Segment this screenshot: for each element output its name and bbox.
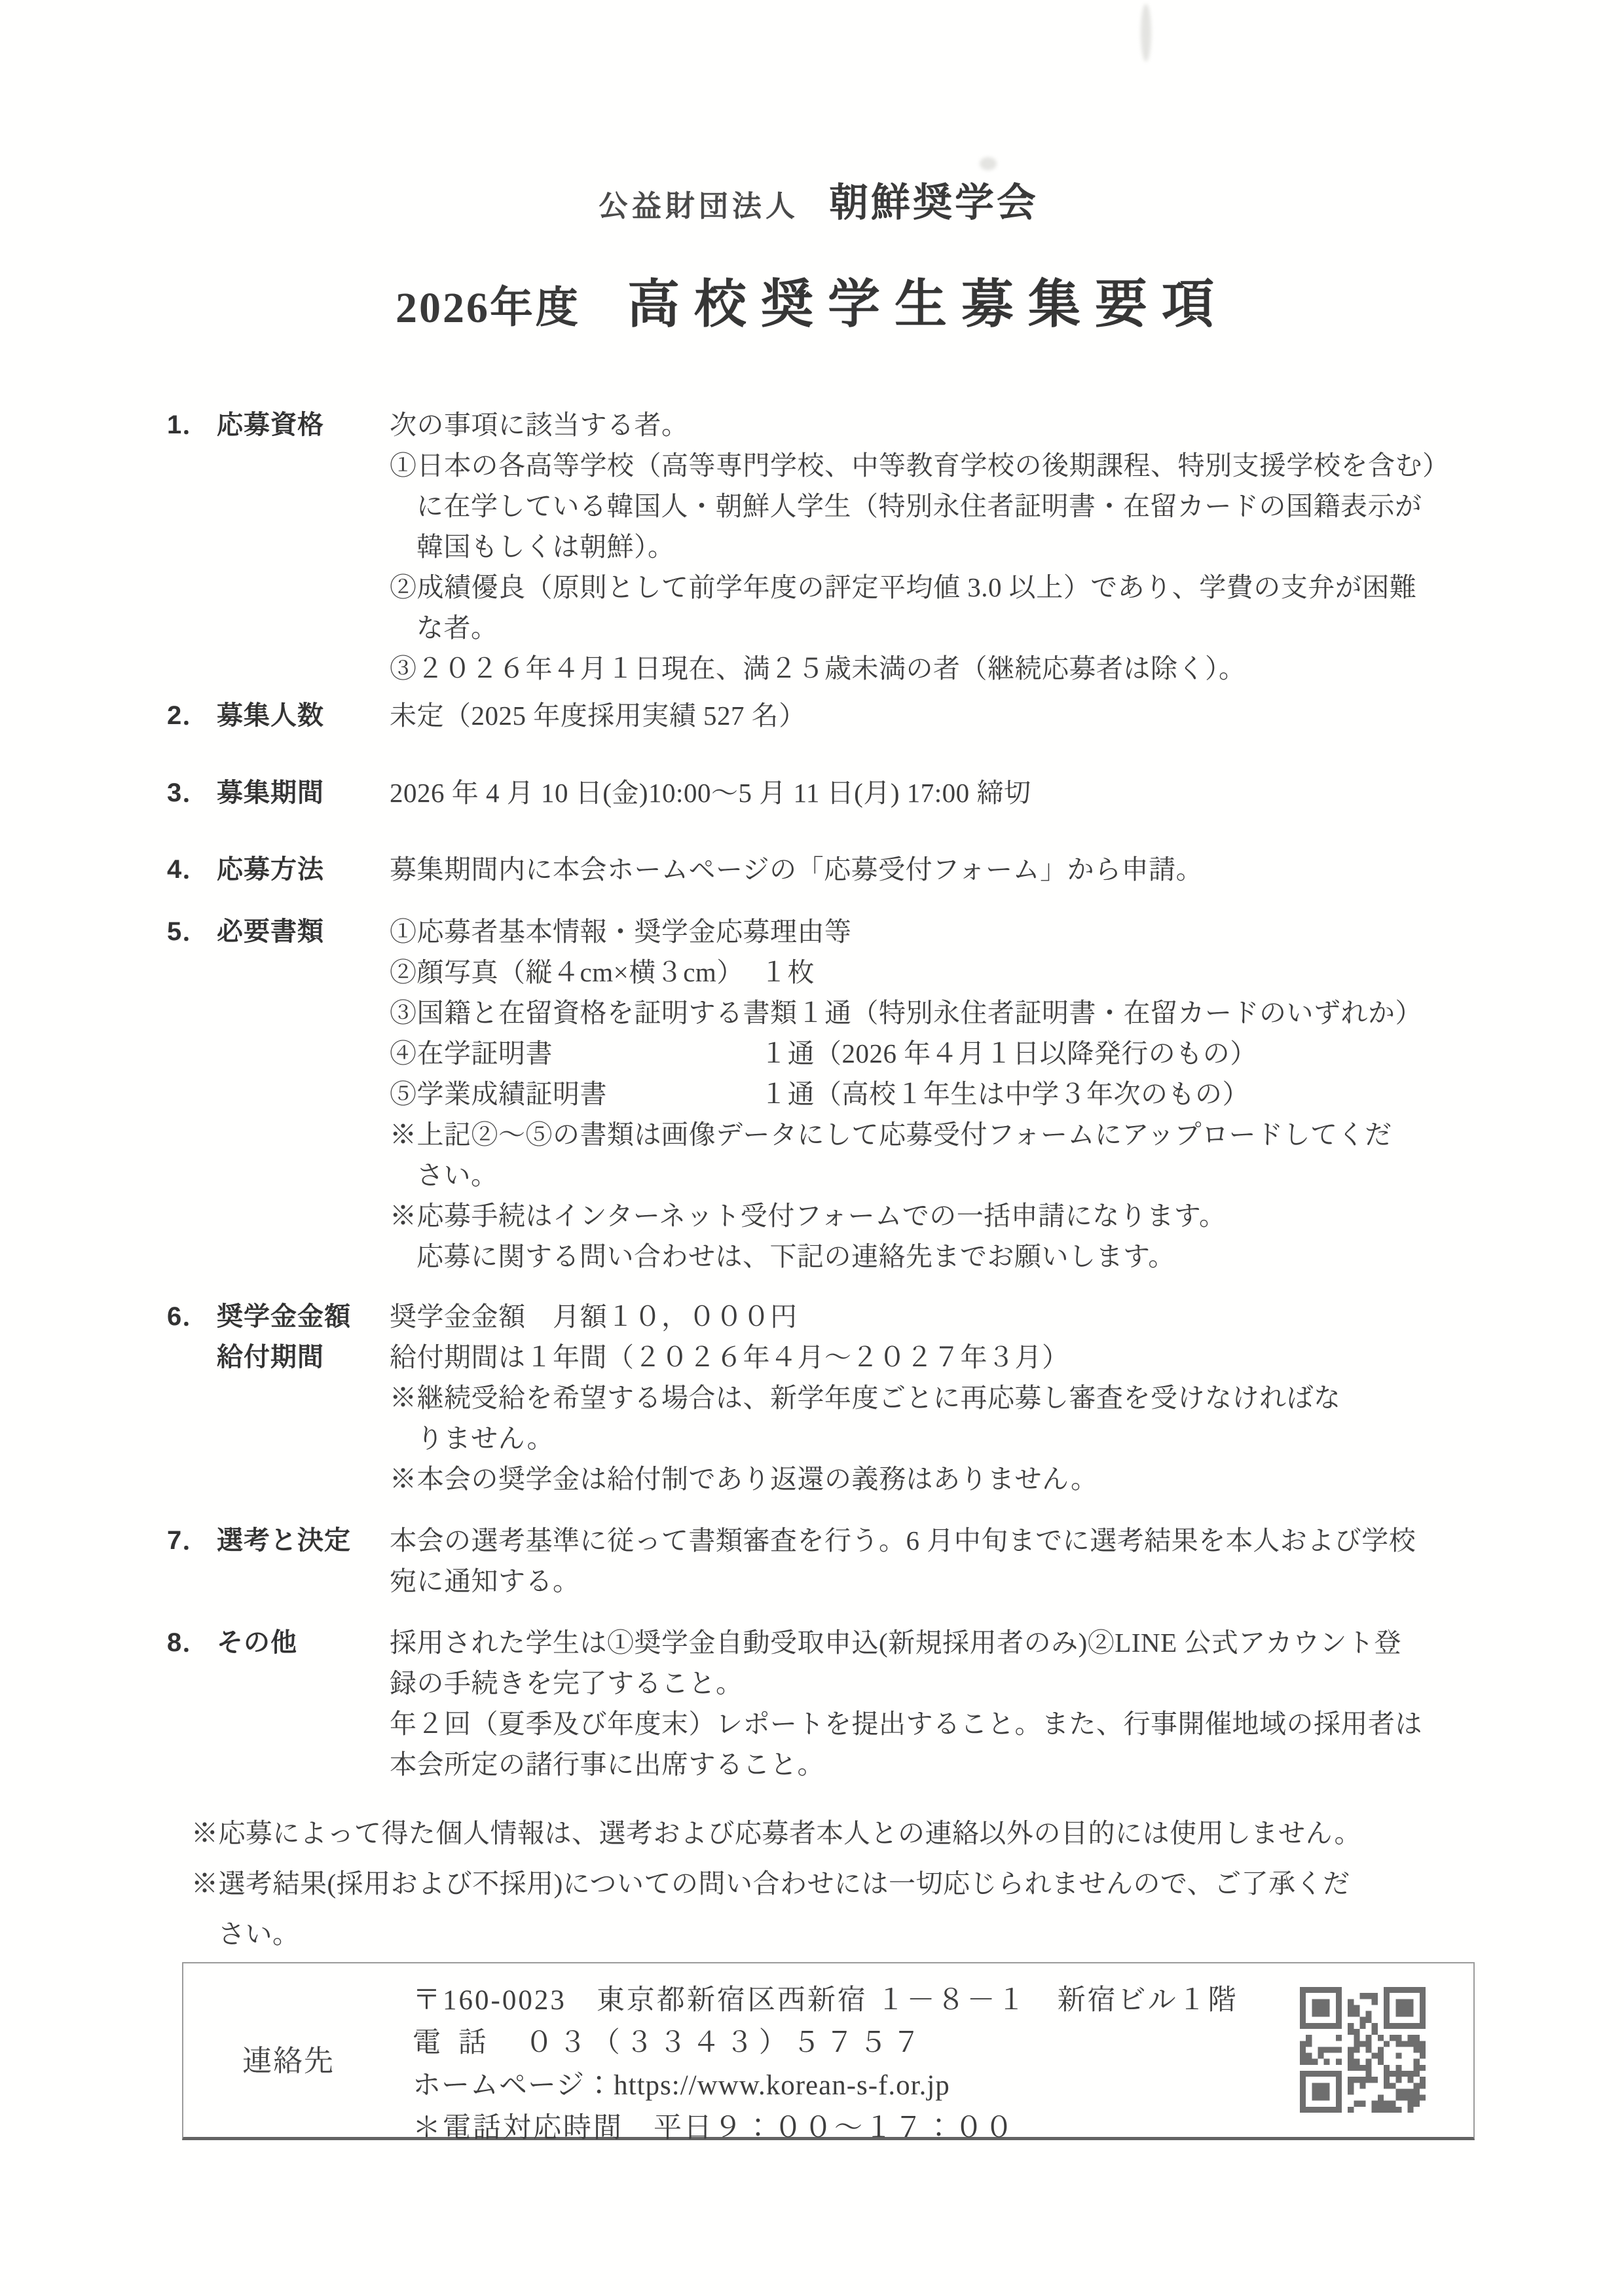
document-page: 公益財団法人 朝鮮奨学会 2026年度 高校奨学生募集要項 1．応募資格 次の事…: [0, 0, 1624, 2296]
section-number: 2．: [167, 695, 217, 736]
text-line: 奨学金金額 月額１０，０００円: [390, 1296, 1503, 1337]
text-line: 年２回（夏季及び年度末）レポートを提出すること。また、行事開催地域の採用者は: [390, 1704, 1503, 1744]
page-title: 2026年度 高校奨学生募集要項: [0, 262, 1624, 337]
section-title: 応募方法: [217, 855, 324, 884]
section-content: ①応募者基本情報・奨学金応募理由等 ②顔写真（縦４cm×横３cm）１枚 ③国籍と…: [390, 911, 1503, 1277]
text-line: ※継続受給を希望する場合は、新学年度ごとに再応募し審査を受けなければな: [390, 1377, 1503, 1418]
section-number: 4．: [167, 849, 217, 890]
text-line: ①日本の各高等学校（高等専門学校、中等教育学校の後期課程、特別支援学校を含む）: [390, 445, 1503, 486]
section-number: 7．: [167, 1520, 217, 1561]
section-content: 募集期間内に本会ホームページの「応募受付フォーム」から申請。: [390, 849, 1503, 890]
section-number: 1．: [167, 405, 217, 445]
section-content: 2026 年 4 月 10 日(金)10:00～5 月 11 日(月) 17:0…: [390, 773, 1503, 813]
text-line: ②顔写真（縦４cm×横３cm）１枚: [390, 952, 1503, 993]
organization-name: 朝鮮奨学会: [829, 172, 1039, 228]
note-line: ※選考結果(採用および不採用)についての問い合わせには一切応じられませんので、ご…: [191, 1859, 1501, 1909]
text-line: さい。: [390, 1155, 1503, 1195]
text-line: 本会の選考基準に従って書類審査を行う。6 月中旬までに選考結果を本人および学校: [390, 1520, 1503, 1561]
note-line: さい。: [191, 1909, 1501, 1959]
section-label: 4．応募方法: [167, 849, 324, 890]
scan-artifact: [980, 157, 997, 170]
text-line: 未定（2025 年度採用実績 527 名）: [390, 695, 1503, 736]
title-year: 2026年度: [396, 272, 580, 335]
text-line: ③国籍と在留資格を証明する書類 １通（特別永住者証明書・在留カードのいずれか）: [390, 993, 1503, 1033]
section-number: 8．: [167, 1622, 217, 1663]
text-line: に在学している韓国人・朝鮮人学生（特別永住者証明書・在留カードの国籍表示が: [390, 486, 1503, 526]
scan-artifact: [1141, 4, 1151, 62]
section-label: 5．必要書類: [167, 911, 324, 952]
contact-phone: 電 話 ０３（３３４３）５７５７: [413, 2020, 926, 2060]
contact-box: 連絡先 〒160-0023 東京都新宿区西新宿 １－８－１ 新宿ビル１階 電 話…: [182, 1962, 1475, 2140]
section-number: 6．: [167, 1296, 217, 1337]
text-line: な者。: [390, 608, 1503, 648]
section-content: 採用された学生は①奨学金自動受取申込(新規採用者のみ)②LINE 公式アカウント…: [390, 1622, 1503, 1785]
qr-code: [1300, 1987, 1426, 2113]
note-line: ※応募によって得た個人情報は、選考および応募者本人との連絡以外の目的には使用しま…: [191, 1808, 1501, 1859]
section-title: 選考と決定: [217, 1526, 351, 1555]
text-line: 募集期間内に本会ホームページの「応募受付フォーム」から申請。: [390, 849, 1503, 890]
section-title: 必要書類: [217, 917, 324, 946]
contact-hours: ＊電話対応時間 平日９：００～１７：００: [413, 2105, 1015, 2145]
contact-label: 連絡先: [242, 2037, 335, 2079]
text-line: 応募に関する問い合わせは、下記の連絡先までお願いします。: [390, 1236, 1503, 1277]
section-label: 7．選考と決定: [167, 1520, 351, 1561]
title-main: 高校奨学生募集要項: [627, 262, 1228, 337]
text-line: 採用された学生は①奨学金自動受取申込(新規採用者のみ)②LINE 公式アカウント…: [390, 1622, 1503, 1663]
section-title: 募集人数: [217, 701, 324, 730]
text-line: 次の事項に該当する者。: [390, 405, 1503, 445]
text-line: 録の手続きを完了すること。: [390, 1663, 1503, 1704]
text-line: ⑤学業成績証明書１通（高校１年生は中学３年次のもの）: [390, 1074, 1503, 1114]
section-content: 奨学金金額 月額１０，０００円 給付期間は１年間（２０２６年４月～２０２７年３月…: [390, 1296, 1503, 1499]
section-label: 2．募集人数: [167, 695, 324, 736]
text-line: ※応募手続はインターネット受付フォームでの一括申請になります。: [390, 1195, 1503, 1236]
section-content: 未定（2025 年度採用実績 527 名）: [390, 695, 1503, 736]
text-line: 韓国もしくは朝鮮）。: [390, 526, 1503, 567]
text-line: ※本会の奨学金は給付制であり返還の義務はありません。: [390, 1459, 1503, 1499]
text-line: ①応募者基本情報・奨学金応募理由等: [390, 911, 1503, 952]
section-number: 5．: [167, 911, 217, 952]
text-line: ※上記②～⑤の書類は画像データにして応募受付フォームにアップロードしてくだ: [390, 1114, 1503, 1155]
text-line: りません。: [390, 1418, 1503, 1459]
section-number: 3．: [167, 773, 217, 813]
section-title-2: 給付期間: [167, 1337, 351, 1377]
text-line: 2026 年 4 月 10 日(金)10:00～5 月 11 日(月) 17:0…: [390, 773, 1503, 813]
footer-notes: ※応募によって得た個人情報は、選考および応募者本人との連絡以外の目的には使用しま…: [191, 1808, 1501, 1959]
section-label: 1．応募資格: [167, 405, 324, 445]
text-line: 給付期間は１年間（２０２６年４月～２０２７年３月）: [390, 1337, 1503, 1377]
section-label: 3．募集期間: [167, 773, 324, 813]
section-title: 募集期間: [217, 778, 324, 807]
text-line: 本会所定の諸行事に出席すること。: [390, 1744, 1503, 1785]
contact-homepage: ホームページ：https://www.korean-s-f.or.jp: [413, 2063, 950, 2103]
text-line: ②成績優良（原則として前学年度の評定平均値 3.0 以上）であり、学費の支弁が困…: [390, 567, 1503, 608]
organization-type: 公益財団法人: [599, 182, 799, 225]
section-label: 8．その他: [167, 1622, 297, 1663]
section-content: 次の事項に該当する者。 ①日本の各高等学校（高等専門学校、中等教育学校の後期課程…: [390, 405, 1503, 689]
section-label: 6．奨学金金額 給付期間: [167, 1296, 351, 1377]
text-line: ③２０２６年４月１日現在、満２５歳未満の者（継続応募者は除く）。: [390, 648, 1503, 689]
section-content: 本会の選考基準に従って書類審査を行う。6 月中旬までに選考結果を本人および学校 …: [390, 1520, 1503, 1601]
contact-address: 〒160-0023 東京都新宿区西新宿 １－８－１ 新宿ビル１階: [413, 1978, 1238, 2018]
section-title: 奨学金金額: [217, 1302, 351, 1331]
organization-line: 公益財団法人 朝鮮奨学会: [7, 172, 1624, 228]
text-line: ④在学証明書１通（2026 年４月１日以降発行のもの）: [390, 1033, 1503, 1074]
section-title: 応募資格: [217, 410, 324, 439]
section-title: その他: [217, 1628, 297, 1657]
text-line: 宛に通知する。: [390, 1561, 1503, 1601]
